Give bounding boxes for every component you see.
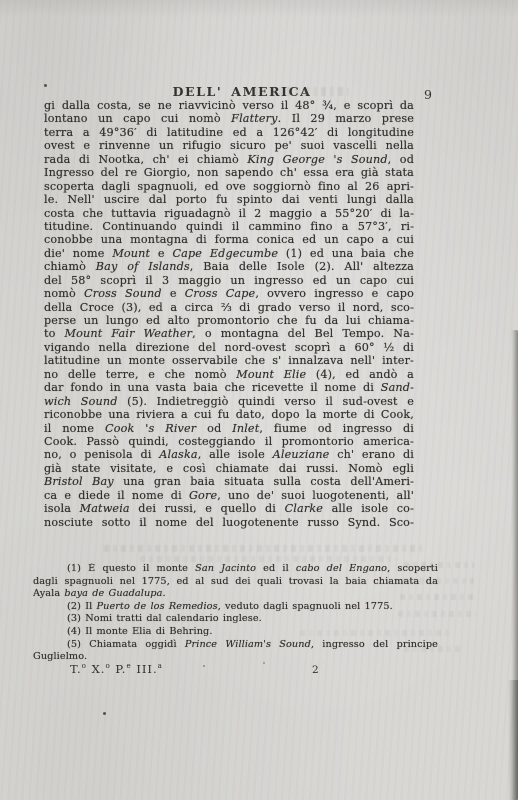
text-line: Ayala baya de Guadalupa. [33,588,438,601]
volume-signature-mark: T.o X.o P.e III.a [70,662,163,676]
footnotes: (1) È questo il monte San Jacinto ed il … [33,563,438,664]
text-line: costa che tuttavia riguadagnò il 2 maggi… [44,207,414,220]
text-line: latitudine un monte osservabile che s' i… [44,354,414,367]
text-line: perse un lungo ed alto promontorio che f… [44,314,414,327]
page-number: 9 [424,87,433,102]
text-line: scoperta dagli spagnuoli, ed ove soggior… [44,180,414,193]
text-line: della Croce (3), ed a circa ⅔ di grado v… [44,301,414,314]
text-line: wich Sound (5). Indietreggiò quindi vers… [44,395,414,408]
text-line: rada di Nootka, ch' ei chiamò King Georg… [44,153,414,166]
text-line: vigando nella direzione del nord-ovest s… [44,341,414,354]
text-line: titudine. Continuando quindi il cammino … [44,220,414,233]
bleedthrough-ghost [104,545,422,552]
text-line: to Mount Fair Weather, o montagna del Be… [44,327,414,340]
text-line: conobbe una montagna di forma conica ed … [44,233,414,246]
sheet-signature-number: 2 [312,664,320,676]
text-line: no, o penisola di Alaska, alle isole Ale… [44,448,414,461]
text-line: Ingresso del re Giorgio, non sapendo ch'… [44,166,414,179]
text-line: dar fondo in una vasta baia che ricevett… [44,381,414,394]
page-edge-shadow [508,680,518,800]
signature-line: T.o X.o P.e III.a 2 [33,662,438,678]
text-line: terra a 49°36′ di latitudine ed a 126°42… [44,126,414,139]
text-line: nosciute sotto il nome del luogotenente … [44,516,414,529]
text-line: il nome Cook 's River od Inlet, fiume od… [44,422,414,435]
text-line: (1) È questo il monte San Jacinto ed il … [33,563,438,576]
text-line: gi dalla costa, se ne riavvicinò verso i… [44,99,414,112]
text-line: del 58° scoprì il 3 maggio un ingresso e… [44,274,414,287]
text-line: ovest e rinvenne un rifugio sicuro pe' s… [44,139,414,152]
body-text: gi dalla costa, se ne riavvicinò verso i… [44,99,414,529]
ink-speck [44,84,47,87]
book-page-scan: DELL' AMERICA 9 gi dalla costa, se ne ri… [0,0,518,800]
text-line: nomò Cross Sound e Cross Cape, ovvero in… [44,287,414,300]
ink-speck [103,712,106,715]
ink-speck [203,665,205,667]
ink-speck [263,662,265,664]
text-line: (2) Il Puerto de los Remedios, veduto da… [33,601,438,614]
text-line: le. Nell' uscire dal porto fu spinto dai… [44,193,414,206]
text-line: Bristol Bay una gran baia situata sulla … [44,475,414,488]
text-line: chiamò Bay of Islands, Baia delle Isole … [44,260,414,273]
text-line: (4) Il monte Elia di Behring. [33,626,438,639]
text-line: (5) Chiamata oggidì Prince William's Sou… [33,639,438,652]
text-line: Cook. Passò quindi, costeggiando il prom… [44,435,414,448]
running-title: DELL' AMERICA [44,84,414,99]
text-line: riconobbe una riviera a cui fu dato, dop… [44,408,414,421]
text-line: no delle terre, e che nomò Mount Elie (4… [44,368,414,381]
text-line: lontano un capo cui nomò Flattery. Il 29… [44,112,414,125]
text-line: (3) Nomi tratti dal calendario inglese. [33,613,438,626]
text-line: già state visitate, e così chiamate dai … [44,462,414,475]
text-line: dagli spagnuoli nel 1775, ed al sud dei … [33,576,438,589]
bleedthrough-ghost [140,556,396,562]
text-line: ca e diede il nome di Gore, uno de' suoi… [44,489,414,502]
text-line: die' nome Mount e Cape Edgecumbe (1) ed … [44,247,414,260]
text-line: isola Matweia dei russi, e quello di Cla… [44,502,414,515]
